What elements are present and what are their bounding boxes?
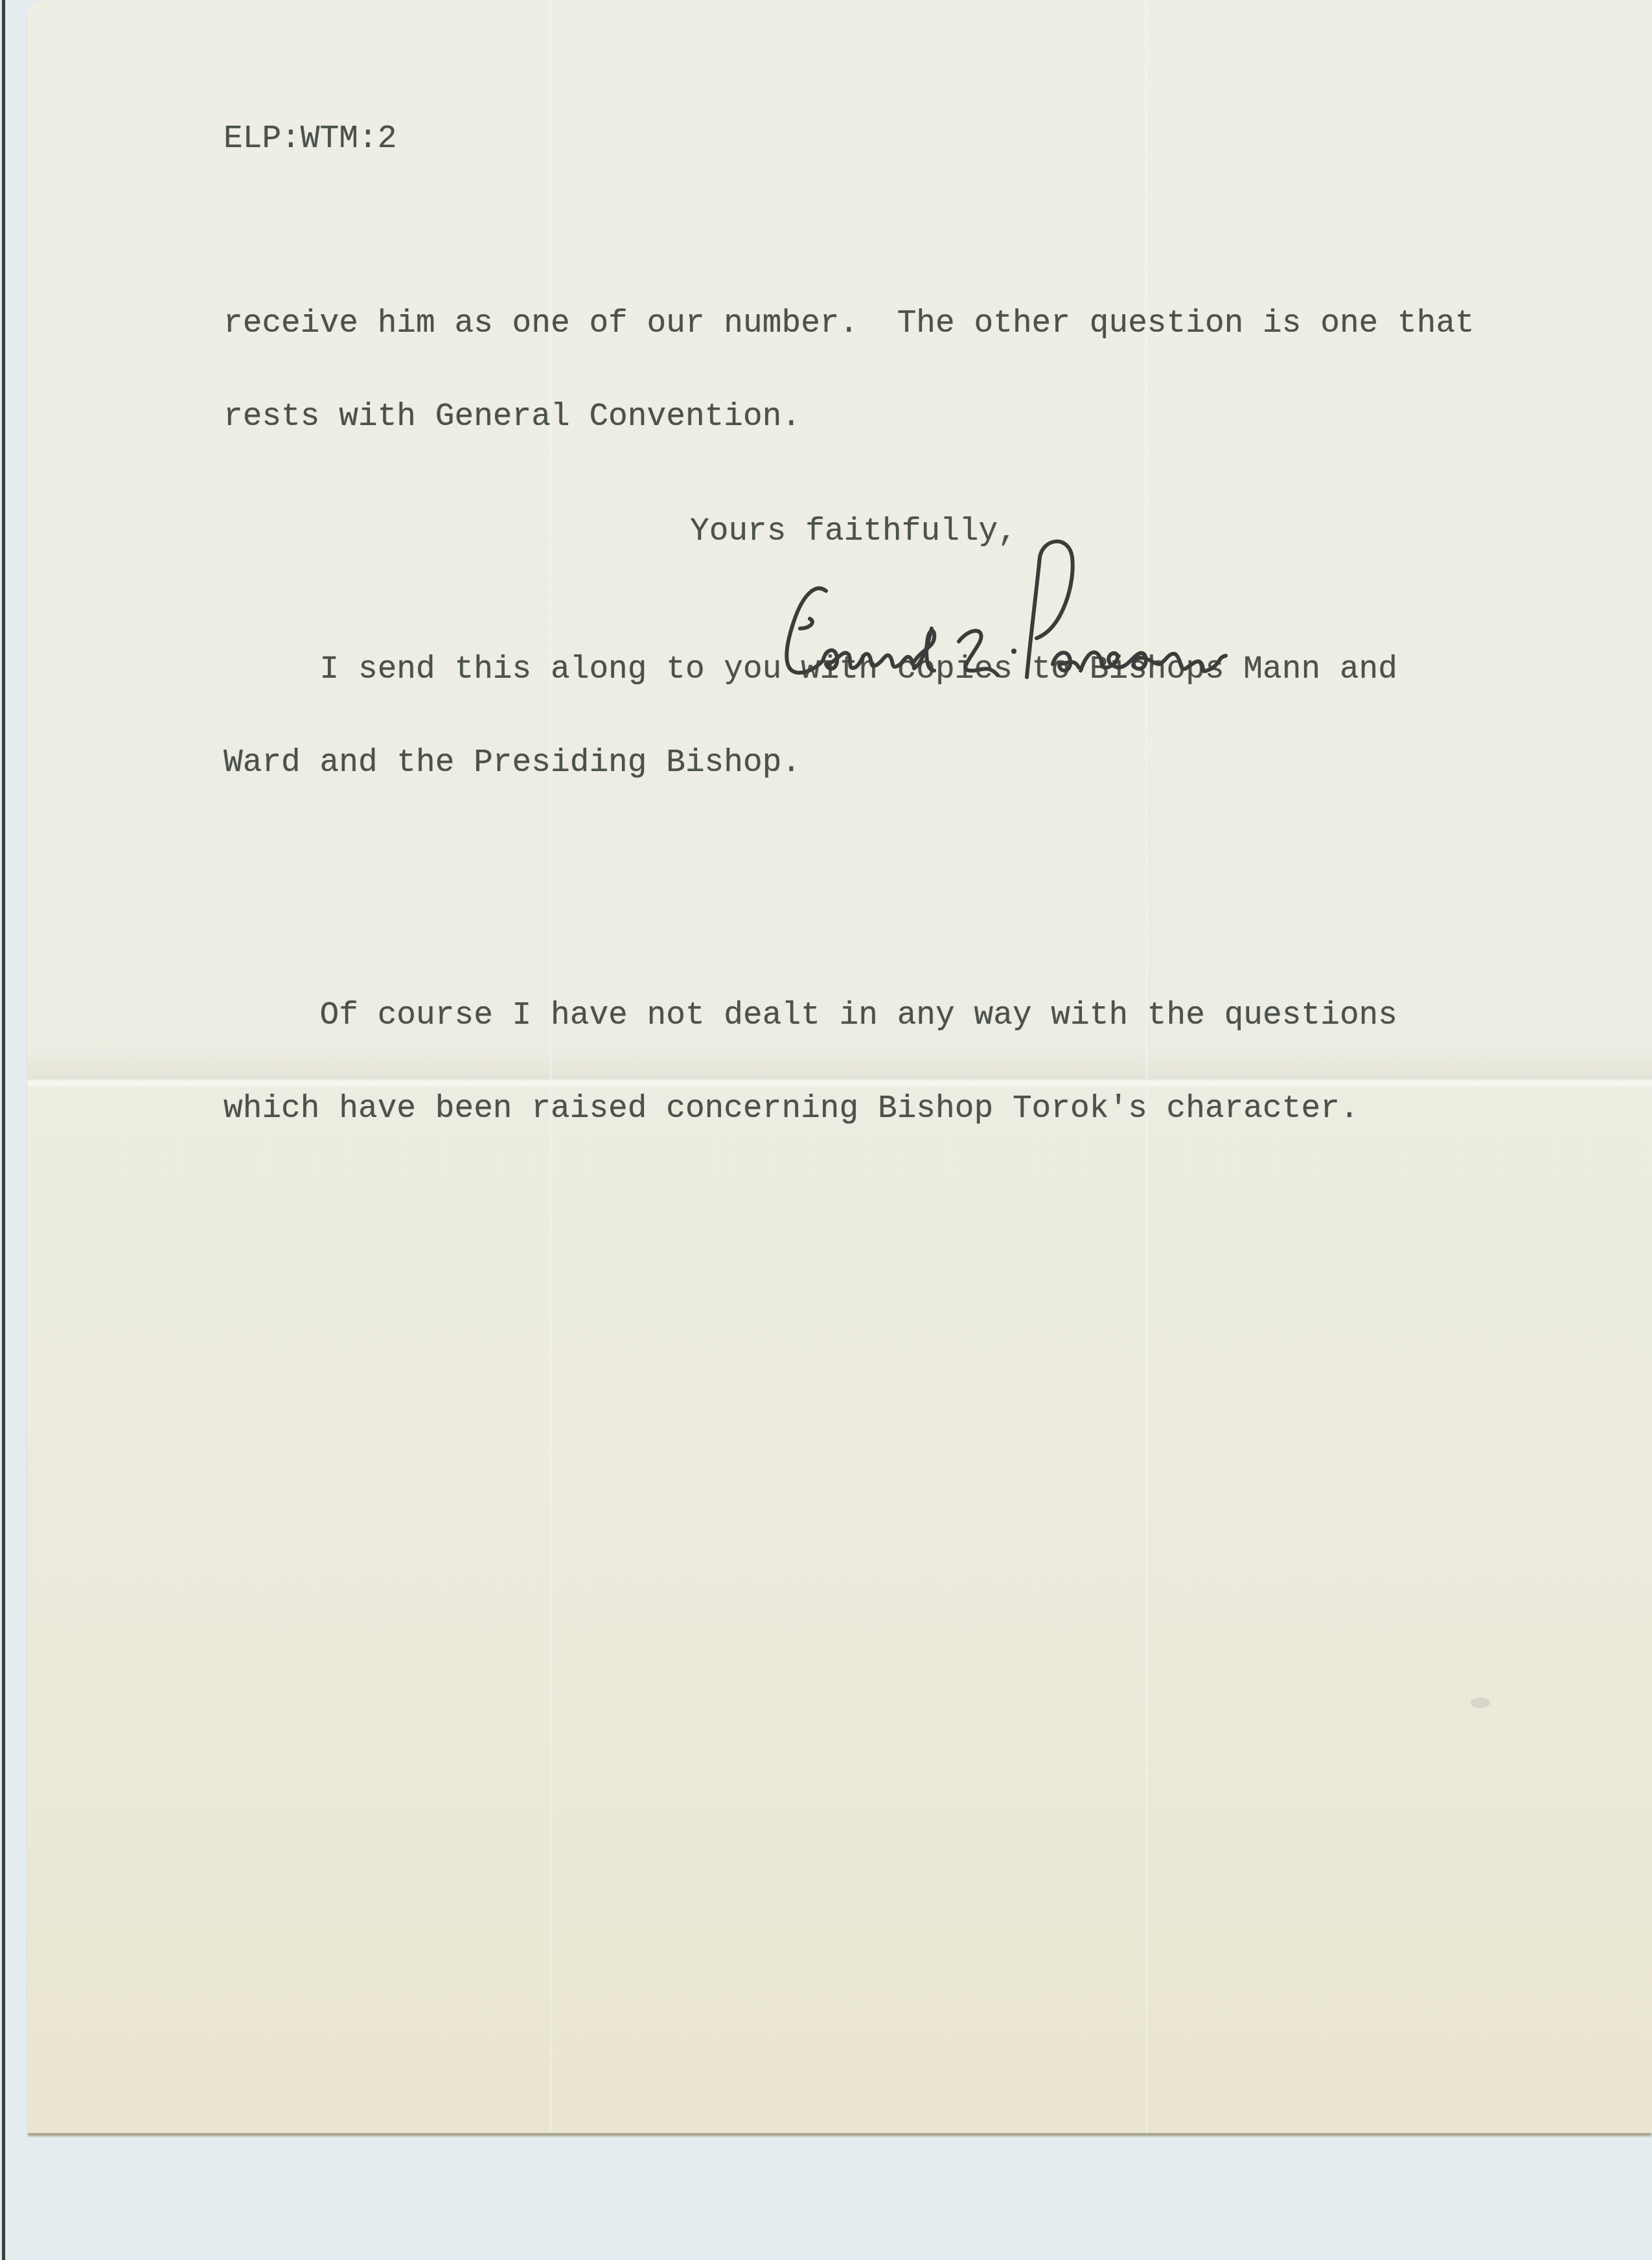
handwritten-signature xyxy=(764,531,1399,687)
paragraph-line: receive him as one of our number. The ot… xyxy=(224,308,1474,339)
paragraph-line: Of course I have not dealt in any way wi… xyxy=(224,1000,1474,1031)
paragraph-3: Of course I have not dealt in any way wi… xyxy=(224,938,1474,1186)
paper-blemish xyxy=(1471,1698,1490,1708)
paragraph-line: Ward and the Presiding Bishop. xyxy=(224,747,1474,778)
letter-body: receive him as one of our number. The ot… xyxy=(224,183,1474,1217)
page-reference-header: ELP:WTM:2 xyxy=(224,123,396,154)
paragraph-line: rests with General Convention. xyxy=(224,401,1474,432)
paragraph-line: which have been raised concerning Bishop… xyxy=(224,1093,1474,1124)
scanner-edge-line xyxy=(2,0,5,2260)
paragraph-1: receive him as one of our number. The ot… xyxy=(224,246,1474,494)
